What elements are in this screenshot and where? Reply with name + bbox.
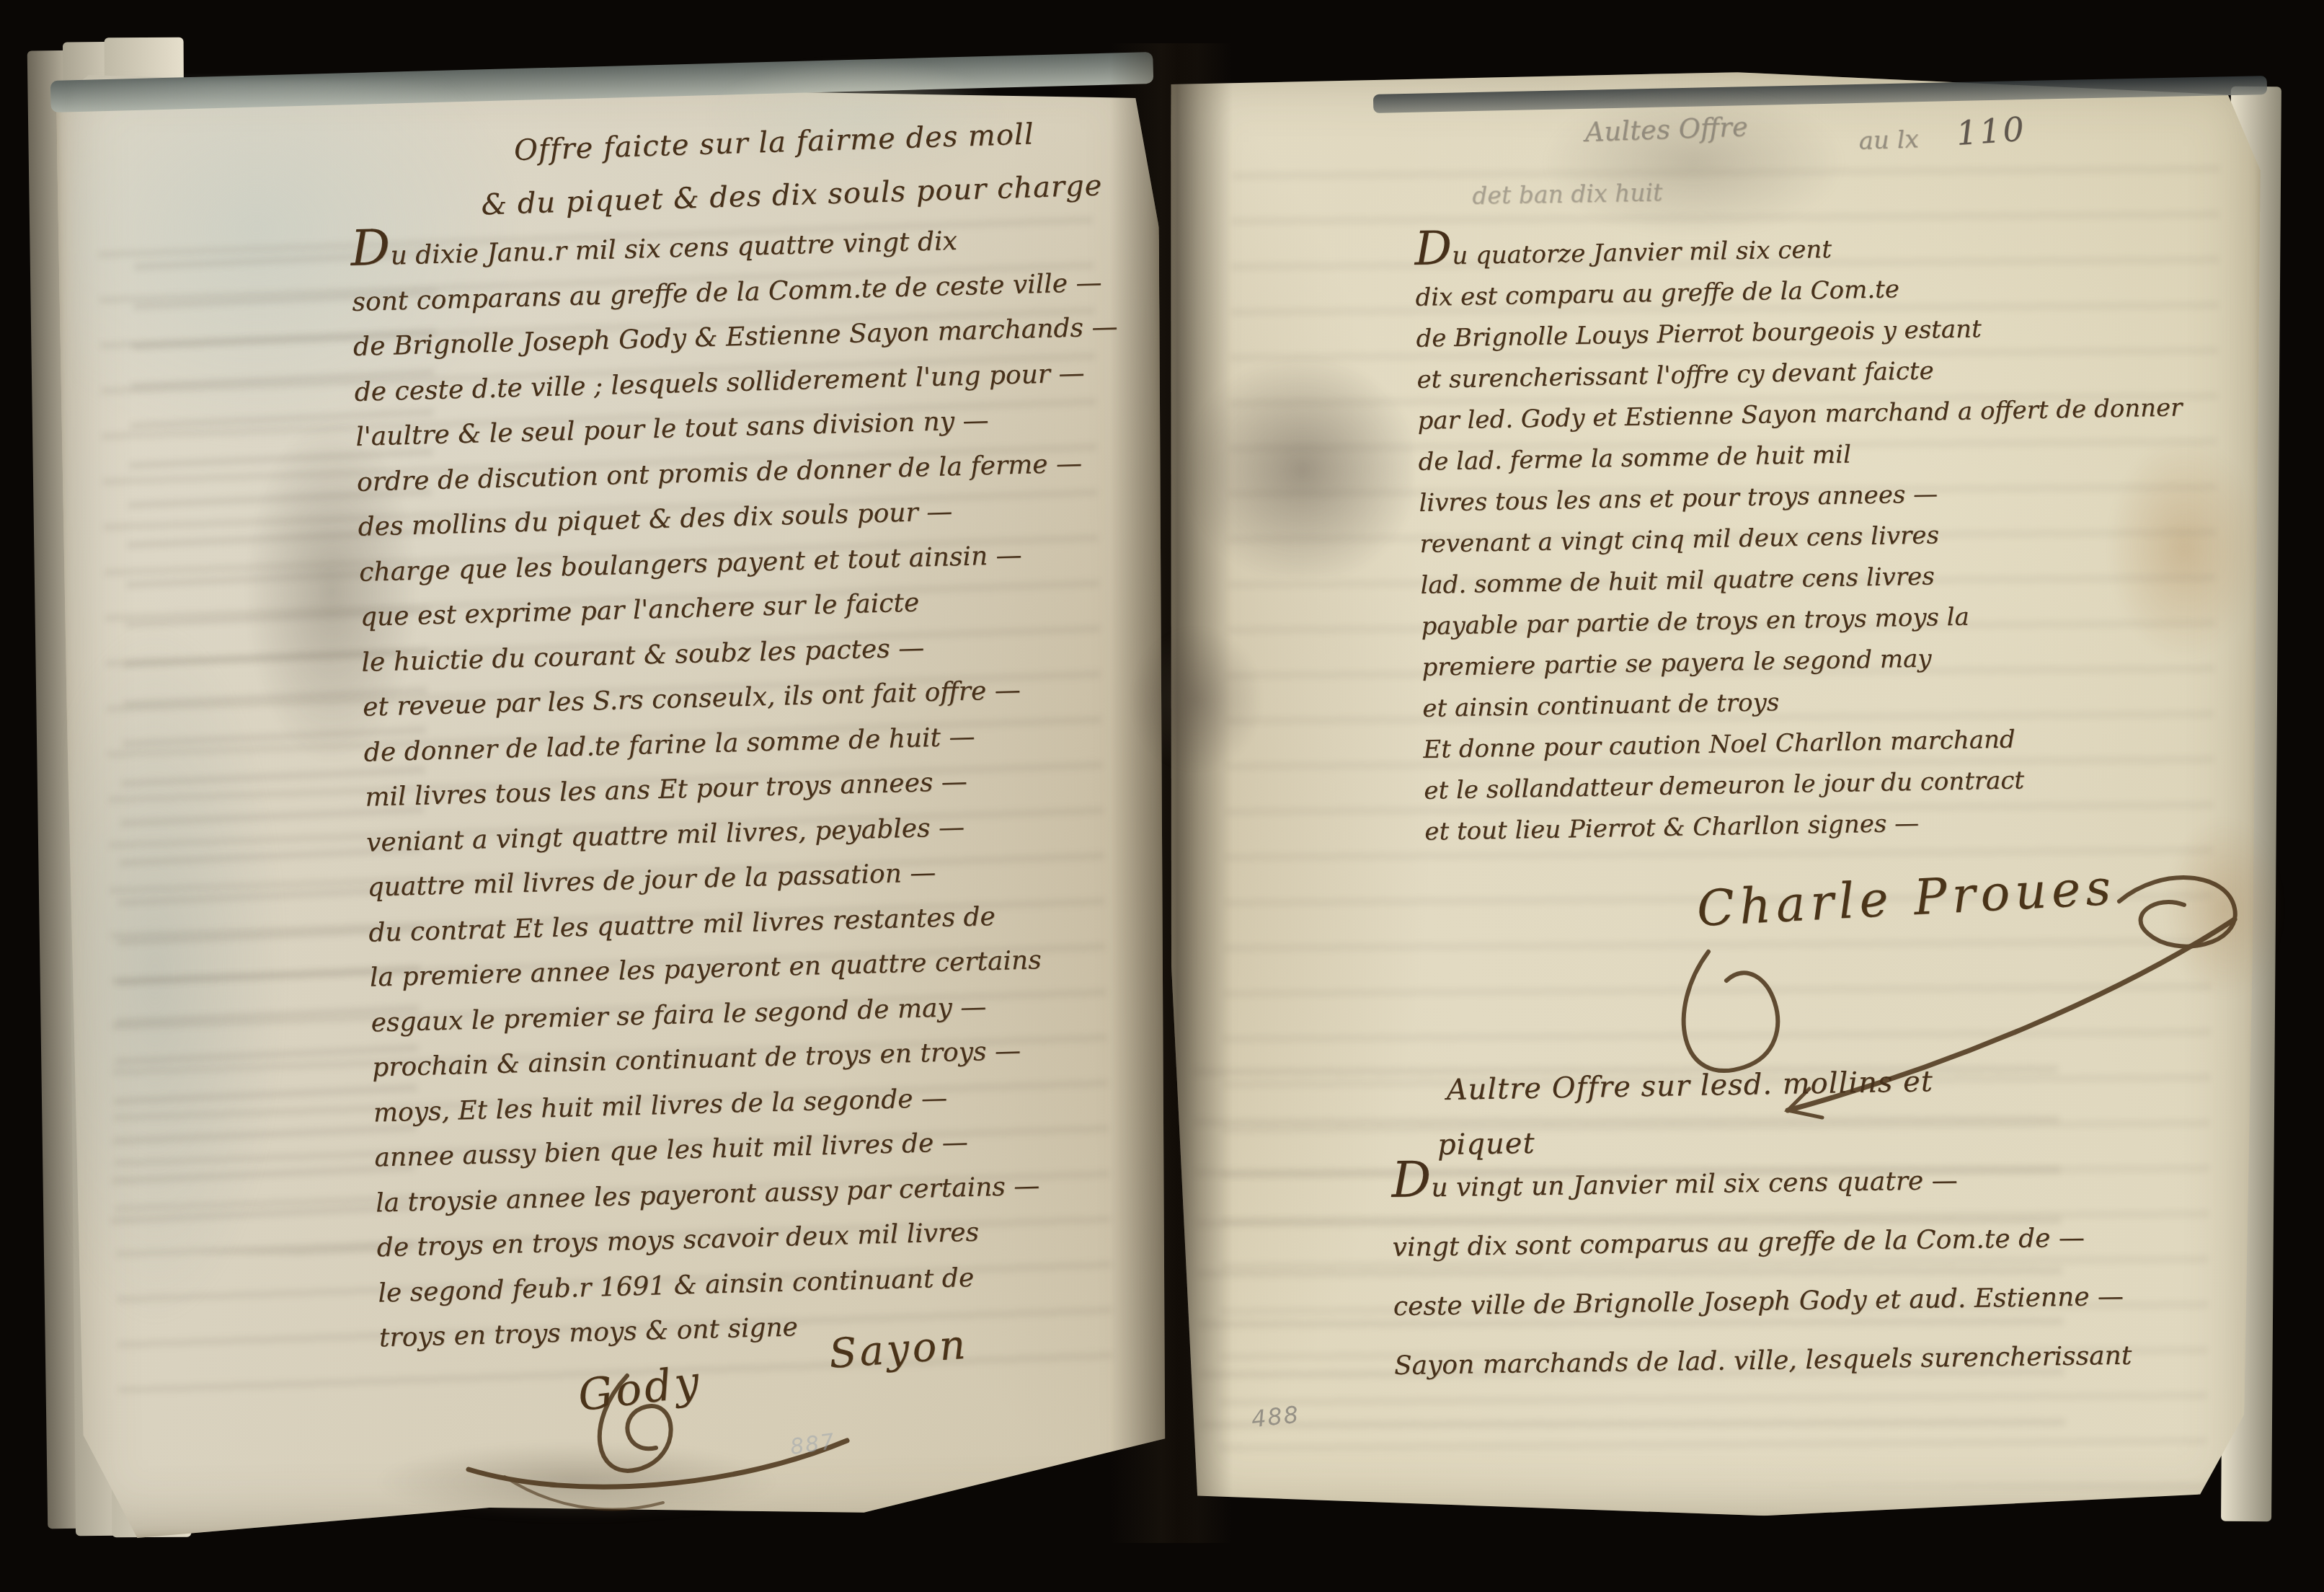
left-page-heading: Offre faicte sur la fairme des moll& du … [513, 105, 1103, 231]
faint-header-line1: Aultes Offre [1584, 111, 1748, 148]
signature-sayon: Sayon [828, 1322, 970, 1378]
pencil-number: 488 [1250, 1401, 1301, 1433]
manuscript-line: Aultre Offre sur lesd. mollins et [1446, 1054, 1933, 1118]
left-page-body: Du dixie Janu.r mil six cens quattre vin… [350, 215, 1144, 1361]
manuscript-line: Du vingt un Janvier mil six cens quatre … [1391, 1149, 2129, 1219]
folio-prefix: au lx [1858, 125, 1919, 156]
manuscript-line: Sayon marchands de lad. ville, lesquels … [1393, 1327, 2132, 1396]
right-page-entry1-body: Du quatorze Janvier mil six centdix est … [1414, 223, 2190, 852]
right-page-entry2-body: Du vingt un Janvier mil six cens quatre … [1391, 1149, 2132, 1396]
faint-header-line2: det ban dix huit [1472, 178, 1663, 210]
manuscript-line: vingt dix sont comparus au greffe de la … [1392, 1208, 2130, 1278]
manuscript-line: ceste ville de Brignolle Joseph Gody et … [1393, 1268, 2131, 1337]
manuscript-photo: Offre faicte sur la fairme des moll& du … [0, 0, 2324, 1592]
folio-number: 110 [1955, 109, 2027, 153]
